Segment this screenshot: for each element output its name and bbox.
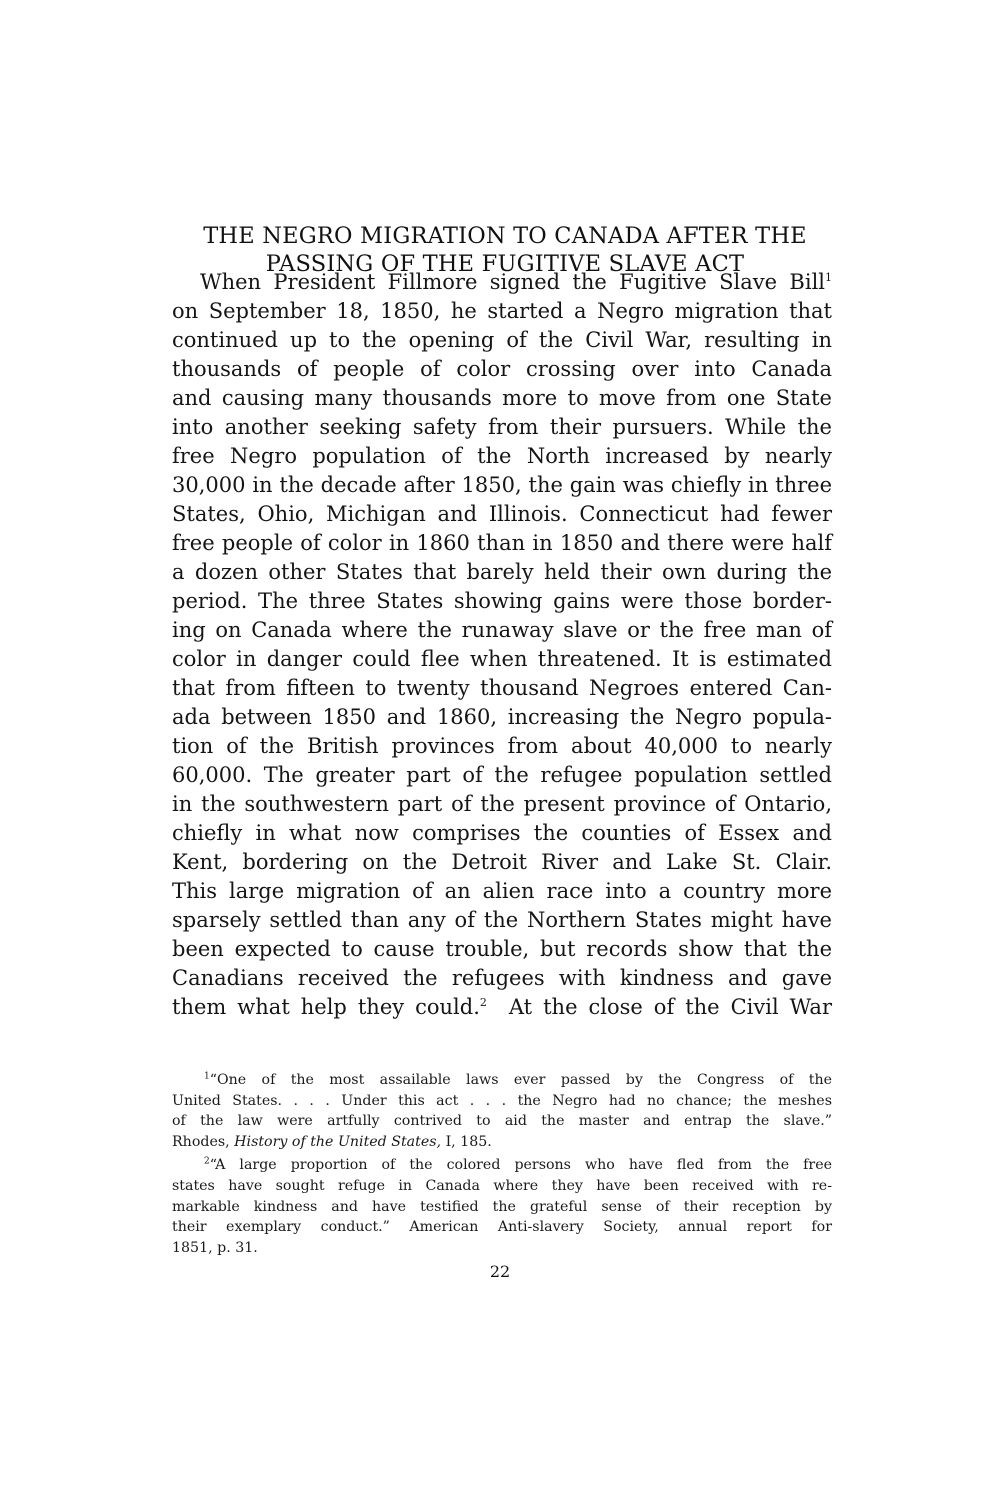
body-line: a dozen other States that barely held th… <box>172 558 832 587</box>
body-line: them what help they could.2 At the close… <box>172 993 832 1022</box>
body-line: This large migration of an alien race in… <box>172 877 832 906</box>
body-paragraph: When President Fillmore signed the Fugit… <box>172 268 832 1022</box>
body-line-text: At the close of the Civil War <box>509 995 832 1019</box>
body-line: States, Ohio, Michigan and Illinois. Con… <box>172 500 832 529</box>
body-line: 30,000 in the decade after 1850, the gai… <box>172 471 832 500</box>
footnote-2: 2“A large proportion of the colored pers… <box>172 1155 832 1258</box>
body-line: When President Fillmore signed the Fugit… <box>172 268 832 297</box>
footnote-1: 1“One of the most assailable laws ever p… <box>172 1070 832 1152</box>
body-line: Kent, bordering on the Detroit River and… <box>172 848 832 877</box>
body-line: been expected to cause trouble, but reco… <box>172 935 832 964</box>
footnote-line: United States. . . . Under this act . . … <box>172 1091 832 1112</box>
body-line: sparsely settled than any of the Norther… <box>172 906 832 935</box>
footnote-text: “A large proportion of the colored perso… <box>210 1157 832 1173</box>
body-line: free people of color in 1860 than in 185… <box>172 529 832 558</box>
body-line: tion of the British provinces from about… <box>172 732 832 761</box>
body-line: in the southwestern part of the present … <box>172 790 832 819</box>
body-line: into another seeking safety from their p… <box>172 413 832 442</box>
body-line: and causing many thousands more to move … <box>172 384 832 413</box>
body-line: period. The three States showing gains w… <box>172 587 832 616</box>
document-page: THE NEGRO MIGRATION TO CANADA AFTER THE … <box>0 0 1000 1494</box>
footnote-citation: Rhodes, History of the United States, I,… <box>172 1132 832 1153</box>
footnote-line: states have sought refuge in Canada wher… <box>172 1176 832 1197</box>
body-line: on September 18, 1850, he started a Negr… <box>172 297 832 326</box>
body-line: continued up to the opening of the Civil… <box>172 326 832 355</box>
footnote-line: their exemplary conduct.” American Anti-… <box>172 1217 832 1238</box>
footnote-line: 2“A large proportion of the colored pers… <box>172 1155 832 1176</box>
footnotes: 1“One of the most assailable laws ever p… <box>172 1070 832 1258</box>
footnote-text: “One of the most assailable laws ever pa… <box>210 1072 832 1088</box>
page-number: 22 <box>440 1262 560 1281</box>
citation-volume: I, 185. <box>446 1134 492 1150</box>
body-line: color in danger could flee when threaten… <box>172 645 832 674</box>
citation-title: History of the United States, <box>234 1134 441 1150</box>
citation-author: Rhodes, <box>172 1134 230 1150</box>
footnote-line: 1“One of the most assailable laws ever p… <box>172 1070 832 1091</box>
body-line: 60,000. The greater part of the refugee … <box>172 761 832 790</box>
body-line: that from fifteen to twenty thousand Neg… <box>172 674 832 703</box>
footnote-ref-1: 1 <box>825 271 832 284</box>
footnote-ref-2: 2 <box>480 996 487 1009</box>
body-line-text: them what help they could. <box>172 995 480 1019</box>
title-line-1: THE NEGRO MIGRATION TO CANADA AFTER THE <box>160 222 850 250</box>
footnote-line: 1851, p. 31. <box>172 1238 832 1259</box>
body-line: thousands of people of color crossing ov… <box>172 355 832 384</box>
footnote-line: of the law were artfully contrived to ai… <box>172 1111 832 1132</box>
body-line: chiefly in what now comprises the counti… <box>172 819 832 848</box>
footnote-line: markable kindness and have testified the… <box>172 1197 832 1218</box>
body-line: Canadians received the refugees with kin… <box>172 964 832 993</box>
body-line: free Negro population of the North incre… <box>172 442 832 471</box>
body-line: ing on Canada where the runaway slave or… <box>172 616 832 645</box>
body-line: ada between 1850 and 1860, increasing th… <box>172 703 832 732</box>
body-line-text: When President Fillmore signed the Fugit… <box>200 270 825 294</box>
